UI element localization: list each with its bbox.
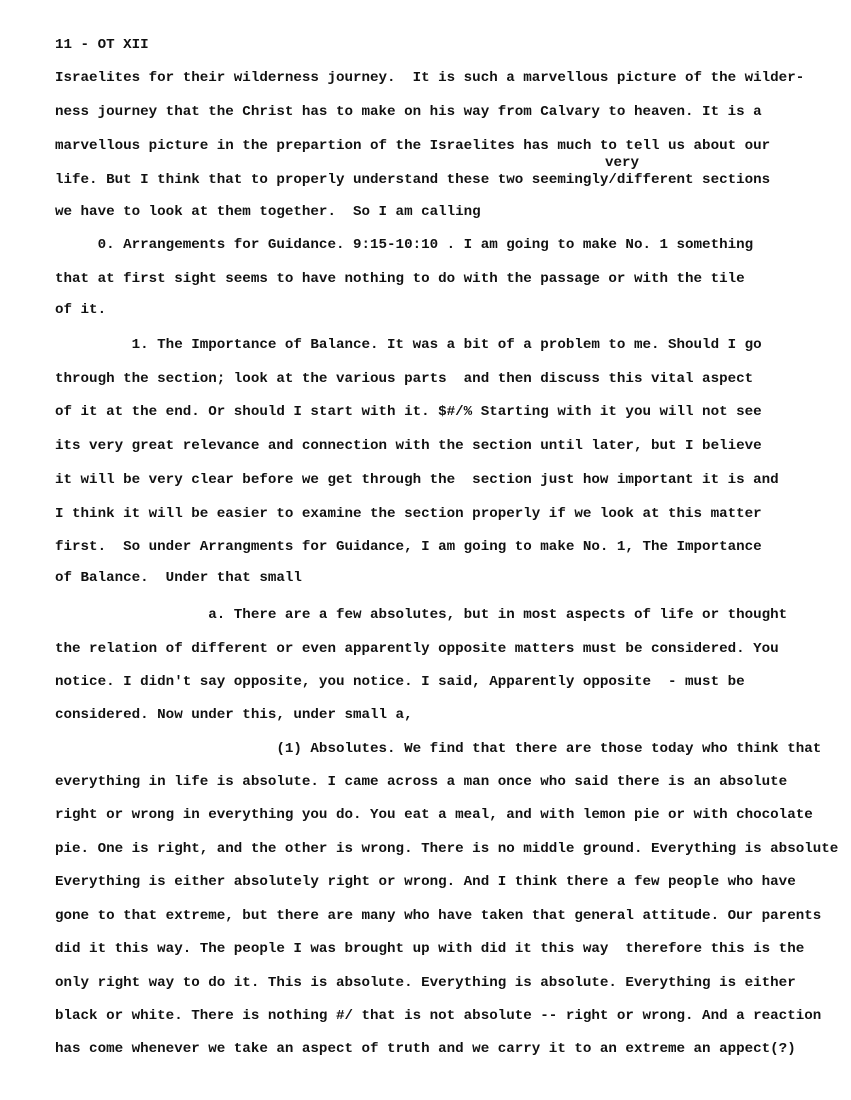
text-line: pie. One is right, and the other is wron…: [55, 840, 838, 858]
text-line: black or white. There is nothing #/ that…: [55, 1007, 821, 1025]
text-line: through the section; look at the various…: [55, 370, 753, 388]
text-line: 0. Arrangements for Guidance. 9:15-10:10…: [55, 236, 753, 254]
page-header: 11 - OT XII: [55, 36, 149, 54]
text-line: of it at the end. Or should I start with…: [55, 403, 762, 421]
text-line: notice. I didn't say opposite, you notic…: [55, 673, 745, 691]
text-line: a. There are a few absolutes, but in mos…: [55, 606, 787, 624]
text-line: Everything is either absolutely right or…: [55, 873, 796, 891]
text-line: the relation of different or even appare…: [55, 640, 779, 658]
text-line: first. So under Arrangments for Guidance…: [55, 538, 762, 556]
text-line: life. But I think that to properly under…: [55, 171, 770, 189]
text-line: did it this way. The people I was brough…: [55, 940, 804, 958]
text-line: 1. The Importance of Balance. It was a b…: [55, 336, 762, 354]
text-line: gone to that extreme, but there are many…: [55, 907, 821, 925]
text-line: of Balance. Under that small: [55, 569, 302, 587]
text-line: right or wrong in everything you do. You…: [55, 806, 813, 824]
text-line: (1) Absolutes. We find that there are th…: [55, 740, 821, 758]
text-line: only right way to do it. This is absolut…: [55, 974, 796, 992]
text-line: it will be very clear before we get thro…: [55, 471, 779, 489]
text-line: marvellous picture in the prepartion of …: [55, 137, 770, 155]
text-line: has come whenever we take an aspect of t…: [55, 1040, 796, 1058]
typewritten-page: 11 - OT XII very Israelites for their wi…: [0, 0, 851, 1100]
text-line: we have to look at them together. So I a…: [55, 203, 481, 221]
text-line: of it.: [55, 301, 106, 319]
text-line: everything in life is absolute. I came a…: [55, 773, 787, 791]
interlinear-insertion: very: [605, 155, 639, 171]
text-line: ness journey that the Christ has to make…: [55, 103, 762, 121]
text-line: considered. Now under this, under small …: [55, 706, 413, 724]
text-line: Israelites for their wilderness journey.…: [55, 69, 804, 87]
text-line: its very great relevance and connection …: [55, 437, 762, 455]
text-line: I think it will be easier to examine the…: [55, 505, 762, 523]
text-line: that at first sight seems to have nothin…: [55, 270, 745, 288]
